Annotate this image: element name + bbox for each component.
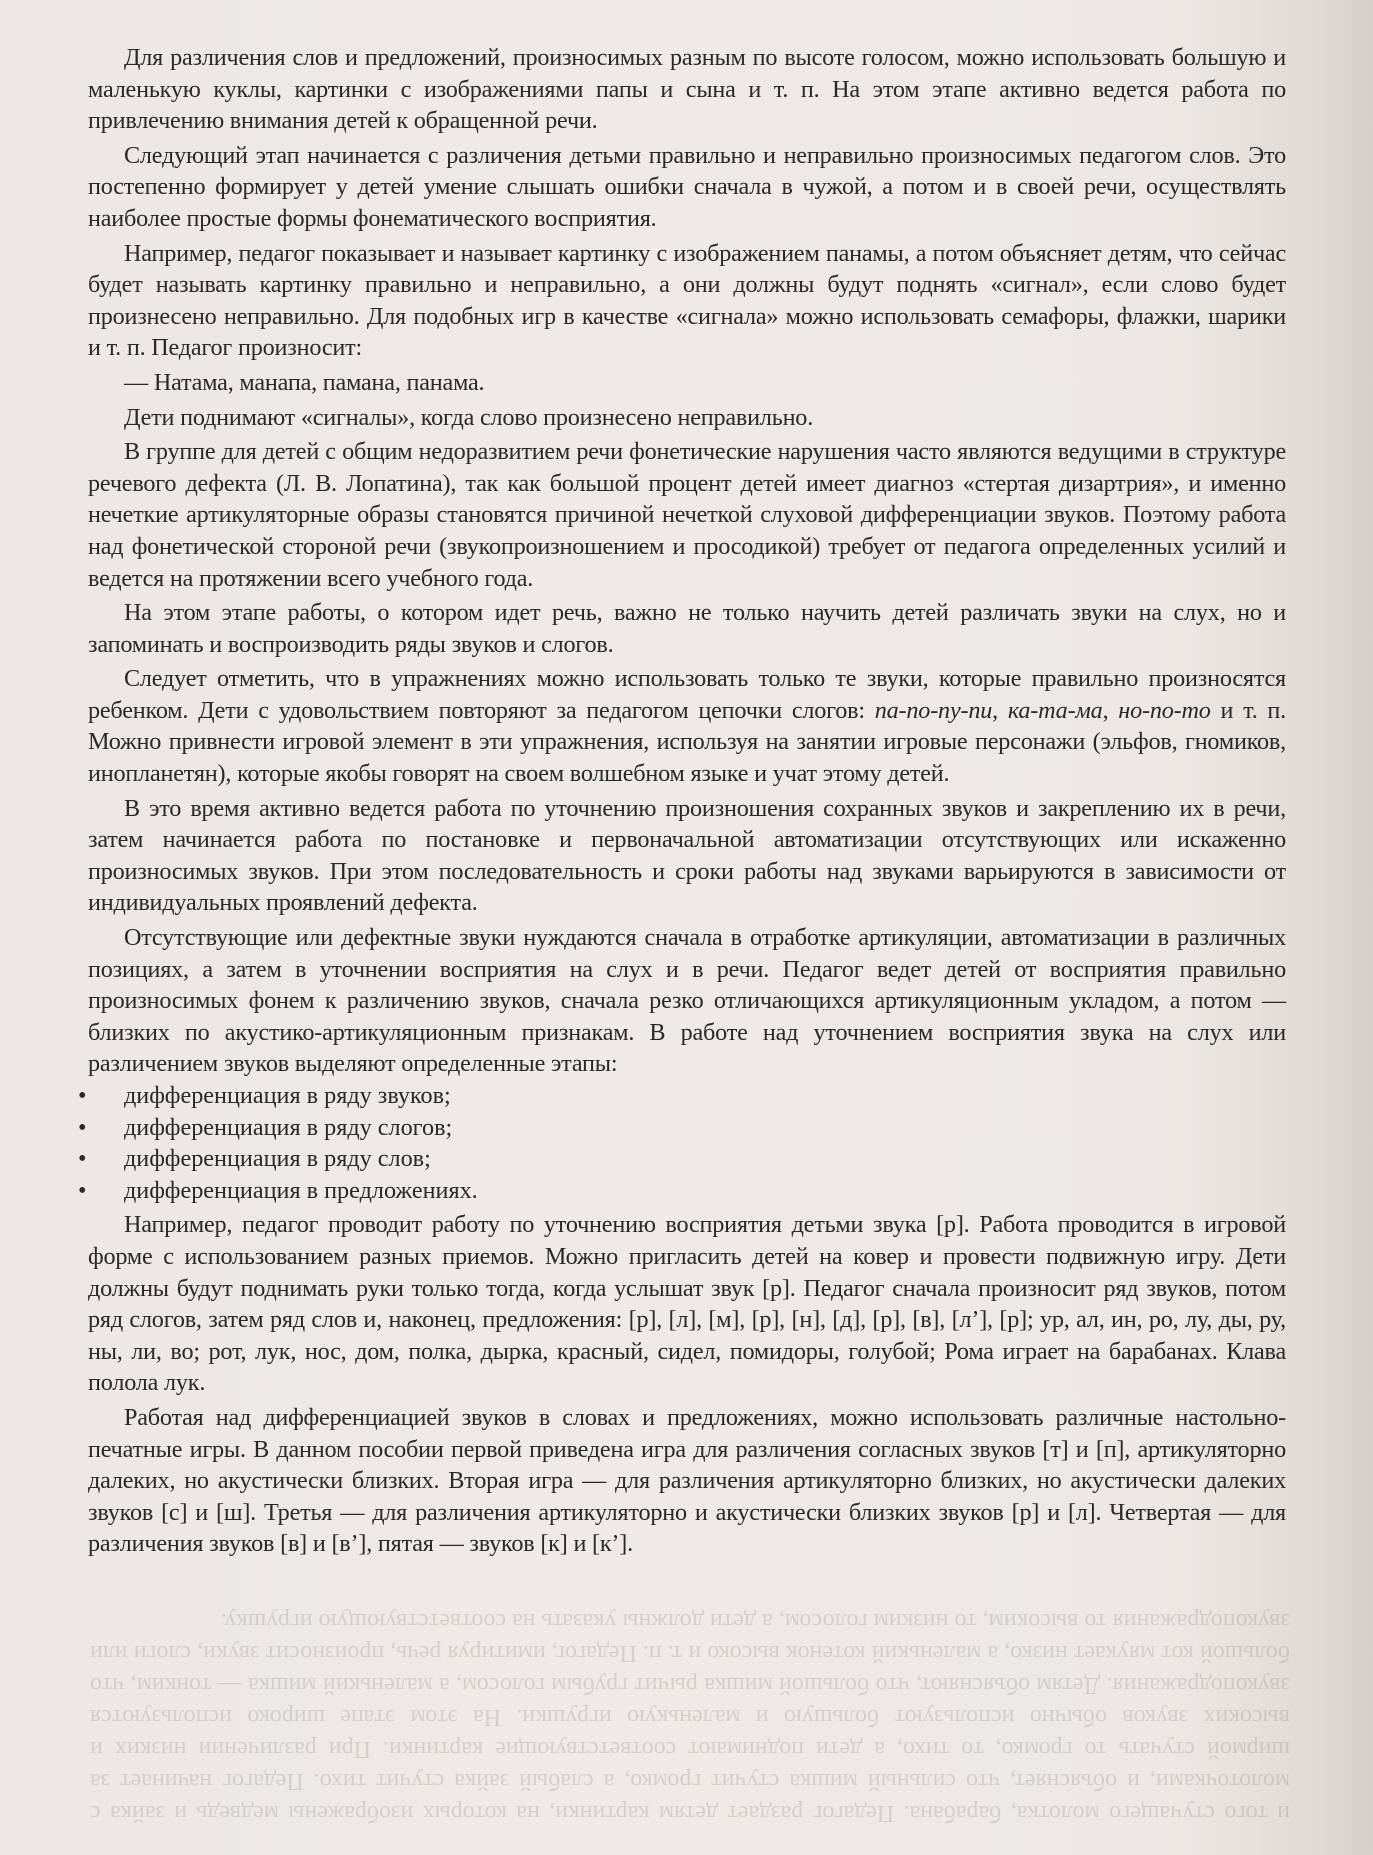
paragraph-7: Следует отметить, что в упражнениях можн… xyxy=(88,663,1286,789)
dialogue-line: — Натама, манапа, памана, панама. xyxy=(88,367,1286,399)
paragraph-3: Например, педагог показывает и называет … xyxy=(88,238,1286,364)
paragraph-2: Следующий этап начинается с различения д… xyxy=(88,140,1286,235)
syllable-chain-3: но-по-то xyxy=(1118,697,1210,724)
bullet-icon: • xyxy=(78,1175,86,1207)
paragraph-10: Например, педагог проводит работу по уто… xyxy=(88,1209,1286,1399)
book-page: Для различения слов и предложений, произ… xyxy=(88,42,1286,1563)
bleed-through-text: и того стучащего молотка, барабана. Педа… xyxy=(90,1605,1290,1829)
p7-sep-2: , xyxy=(1103,697,1119,724)
bullet-icon: • xyxy=(78,1112,86,1144)
p7-sep-1: , xyxy=(992,697,1008,724)
paragraph-9: Отсутствующие или дефектные звуки нуждаю… xyxy=(88,922,1286,1080)
syllable-chain-2: ка-та-ма xyxy=(1008,697,1103,724)
bullet-icon: • xyxy=(78,1080,86,1112)
paragraph-6: На этом этапе работы, о котором идет реч… xyxy=(88,597,1286,660)
paragraph-1: Для различения слов и предложений, произ… xyxy=(88,42,1286,137)
list-item: •дифференциация в ряду слогов; xyxy=(88,1112,1286,1144)
list-item: •дифференциация в ряду звуков; xyxy=(88,1080,1286,1112)
list-item: •дифференциация в ряду слов; xyxy=(88,1143,1286,1175)
paragraph-5: В группе для детей с общим недоразвитием… xyxy=(88,436,1286,594)
list-item: •дифференциация в предложениях. xyxy=(88,1175,1286,1207)
bullet-icon: • xyxy=(78,1143,86,1175)
paragraph-4: Дети поднимают «сигналы», когда слово пр… xyxy=(88,402,1286,434)
stages-list: •дифференциация в ряду звуков; •дифферен… xyxy=(88,1080,1286,1206)
paragraph-8: В это время активно ведется работа по ут… xyxy=(88,793,1286,919)
syllable-chain-1: па-по-пу-пи xyxy=(875,697,992,724)
paragraph-11: Работая над дифференциацией звуков в сло… xyxy=(88,1402,1286,1560)
